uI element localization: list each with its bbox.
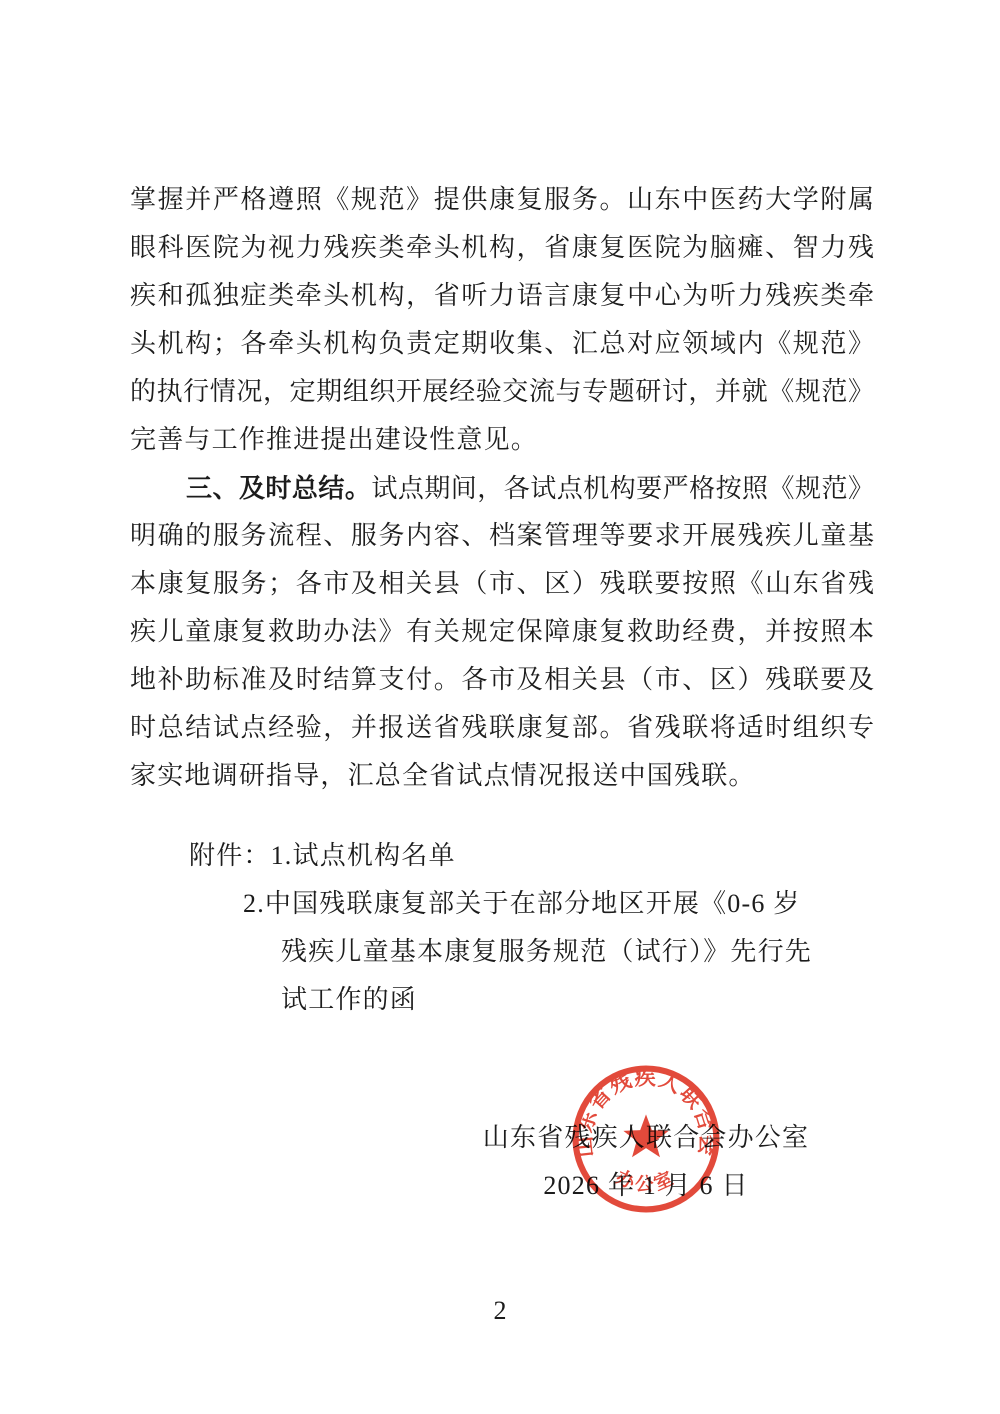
seal-bottom-text: 办公室 [613, 1166, 679, 1195]
body-line: 头机构；各牵头机构负责定期收集、汇总对应领域内《规范》 [130, 320, 874, 368]
seal-star-icon [623, 1114, 668, 1157]
official-seal: 山东省残疾人联合会 办公室 [558, 1051, 734, 1227]
body-line: 家实地调研指导，汇总全省试点情况报送中国残联。 [130, 752, 874, 800]
attachment-label: 附件： [189, 841, 271, 870]
body-line: 疾和孤独症类牵头机构，省听力语言康复中心为听力残疾类牵 [130, 272, 874, 320]
attachment-item-2-line-1: 2.中国残联康复部关于在部分地区开展《0-6 岁 [243, 880, 874, 928]
section-heading: 三、及时总结。 [186, 473, 371, 503]
page-number: 2 [0, 1296, 1000, 1326]
body-line: 明确的服务流程、服务内容、档案管理等要求开展残疾儿童基 [130, 512, 874, 560]
svg-text:办公室: 办公室 [613, 1166, 679, 1195]
document-page: 掌握并严格遵照《规范》提供康复服务。山东中医药大学附属 眼科医院为视力残疾类牵头… [0, 0, 1000, 1414]
body-line: 疾儿童康复救助办法》有关规定保障康复救助经费，并按照本 [130, 608, 874, 656]
body-line-text: 试点期间，各试点机构要严格按照《规范》 [371, 474, 874, 503]
document-body: 掌握并严格遵照《规范》提供康复服务。山东中医药大学附属 眼科医院为视力残疾类牵头… [130, 176, 874, 800]
body-line: 时总结试点经验，并报送省残联康复部。省残联将适时组织专 [130, 704, 874, 752]
body-line: 掌握并严格遵照《规范》提供康复服务。山东中医药大学附属 [130, 176, 874, 224]
attachment-block: 附件：1.试点机构名单 2.中国残联康复部关于在部分地区开展《0-6 岁 残疾儿… [130, 832, 874, 1024]
attachment-line: 附件：1.试点机构名单 [189, 832, 874, 880]
body-line: 完善与工作推进提出建设性意见。 [130, 416, 874, 464]
body-line: 本康复服务；各市及相关县（市、区）残联要按照《山东省残 [130, 560, 874, 608]
body-line: 眼科医院为视力残疾类牵头机构，省康复医院为脑瘫、智力残 [130, 224, 874, 272]
body-line: 三、及时总结。试点期间，各试点机构要严格按照《规范》 [130, 464, 874, 512]
attachment-item-2-line-2: 残疾儿童基本康复服务规范（试行）》先行先 [281, 928, 874, 976]
attachment-item-1: 1.试点机构名单 [271, 841, 456, 870]
attachment-item-2-line-3: 试工作的函 [281, 976, 874, 1024]
body-line: 地补助标准及时结算支付。各市及相关县（市、区）残联要及 [130, 656, 874, 704]
body-line: 的执行情况，定期组织开展经验交流与专题研讨，并就《规范》 [130, 368, 874, 416]
